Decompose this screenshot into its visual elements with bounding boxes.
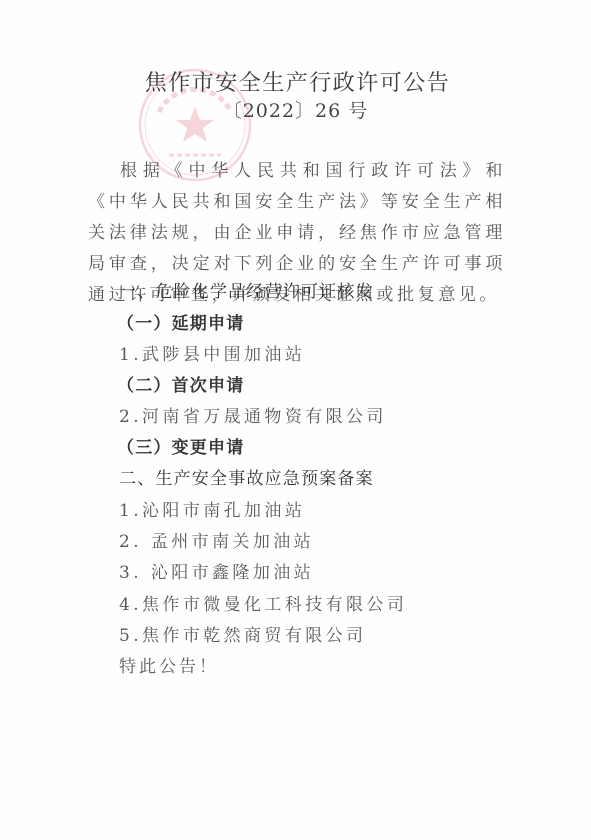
section-heading-emergency-plan: 二、生产安全事故应急预案备案: [119, 464, 374, 495]
document-number: 〔2022〕26 号: [0, 96, 591, 123]
list-item: 5.焦作市乾然商贸有限公司: [119, 621, 366, 652]
subsection-heading-extension: （一）延期申请: [117, 309, 244, 340]
closing-statement: 特此公告！: [119, 652, 219, 683]
list-item: 3. 沁阳市鑫隆加油站: [119, 558, 314, 589]
document-page: 焦作市安全生产行政许可公告 〔2022〕26 号 根据《中华人民共和国行政许可法…: [0, 0, 591, 840]
list-item: 2. 孟州市南关加油站: [119, 527, 314, 558]
list-item: 1.武陟县中围加油站: [119, 340, 305, 371]
list-item: 2.河南省万晟通物资有限公司: [119, 402, 387, 433]
document-title: 焦作市安全生产行政许可公告: [2, 66, 591, 97]
subsection-heading-change: （三）变更申请: [117, 433, 244, 464]
section-heading-hazardous-chemicals: 一、危险化学品经营许可证核发: [119, 277, 374, 308]
subsection-heading-first-application: （二）首次申请: [117, 371, 244, 402]
list-item: 1.沁阳市南孔加油站: [119, 496, 305, 527]
list-item: 4.焦作市微曼化工科技有限公司: [119, 590, 407, 621]
